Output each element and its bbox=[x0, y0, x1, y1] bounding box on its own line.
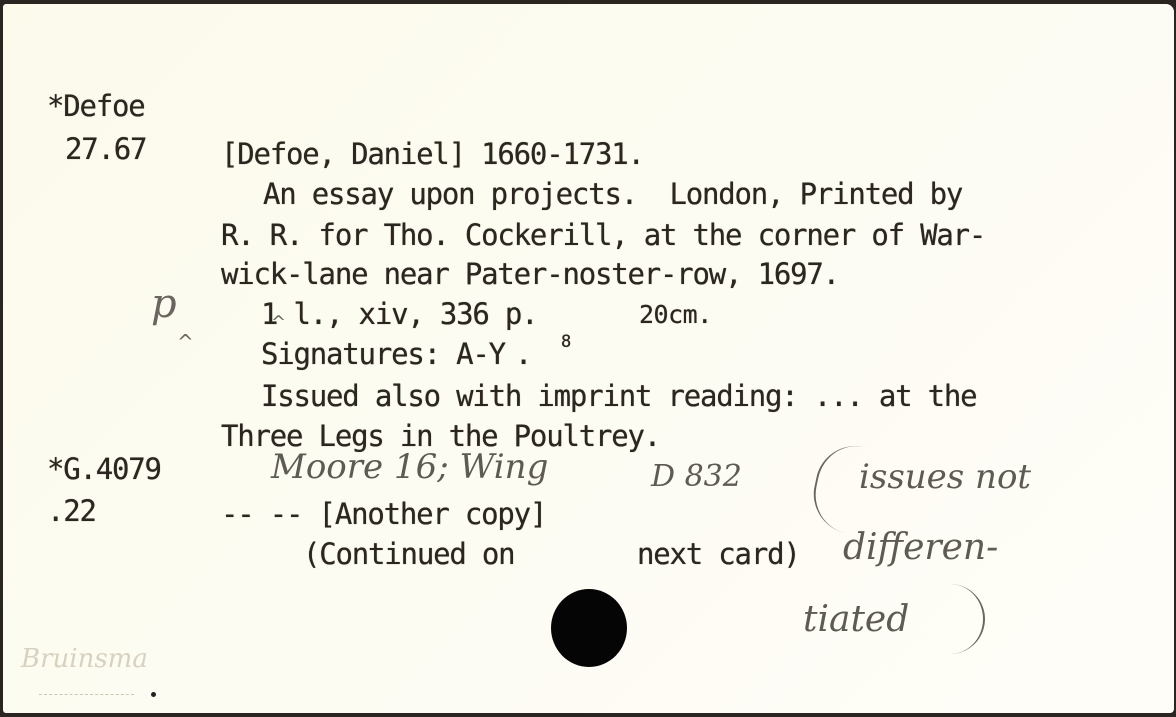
handwritten-note-line-2: differen- bbox=[843, 530, 998, 566]
caret-icon: ^ bbox=[271, 312, 286, 333]
caret-icon: ^ bbox=[177, 330, 194, 354]
handwritten-note-line-3: tiated bbox=[803, 602, 909, 638]
size: 20cm. bbox=[639, 302, 712, 327]
note-line-1: Issued also with imprint reading: ... at… bbox=[261, 382, 976, 411]
author-heading: [Defoe, Daniel] 1660-1731. bbox=[221, 140, 644, 169]
punch-hole bbox=[551, 589, 627, 667]
collation: 1 l., xiv, 336 p. bbox=[261, 300, 537, 329]
call-number-line-3: *G.4079 bbox=[47, 455, 161, 484]
faded-stamp: Bruinsma bbox=[21, 644, 148, 674]
handwritten-close-paren bbox=[943, 584, 985, 654]
margin-mark-icon: p bbox=[151, 284, 177, 324]
signatures: Signatures: A-Y. bbox=[261, 340, 531, 369]
continued-text-1: (Continued on bbox=[303, 540, 514, 569]
call-number-line-4: .22 bbox=[47, 497, 96, 526]
call-number-line-2: 27.67 bbox=[65, 135, 146, 164]
continued-text-2: next card) bbox=[637, 540, 800, 569]
handwritten-open-paren bbox=[806, 439, 865, 534]
faded-underline bbox=[39, 694, 134, 695]
handwritten-note-line-1: issues not bbox=[859, 460, 1031, 494]
handwritten-wing-number: D 832 bbox=[651, 462, 742, 492]
signatures-end: . bbox=[515, 337, 531, 371]
another-copy: -- -- [Another copy] bbox=[221, 500, 546, 529]
imprint-line-1: R. R. for Tho. Cockerill, at the corner … bbox=[221, 221, 985, 250]
call-number-line-1: *Defoe bbox=[47, 92, 145, 121]
faded-dot bbox=[151, 692, 156, 697]
handwritten-reference: Moore 16; Wing bbox=[271, 450, 548, 484]
catalog-card: *Defoe 27.67 *G.4079 .22 [Defoe, Daniel]… bbox=[3, 4, 1174, 713]
signatures-superscript: 8 bbox=[561, 334, 571, 351]
title-line: An essay upon projects. London, Printed … bbox=[263, 180, 962, 209]
imprint-line-2: wick-lane near Pater-noster-row, 1697. bbox=[221, 260, 839, 289]
signatures-text: Signatures: A-Y bbox=[261, 337, 505, 371]
